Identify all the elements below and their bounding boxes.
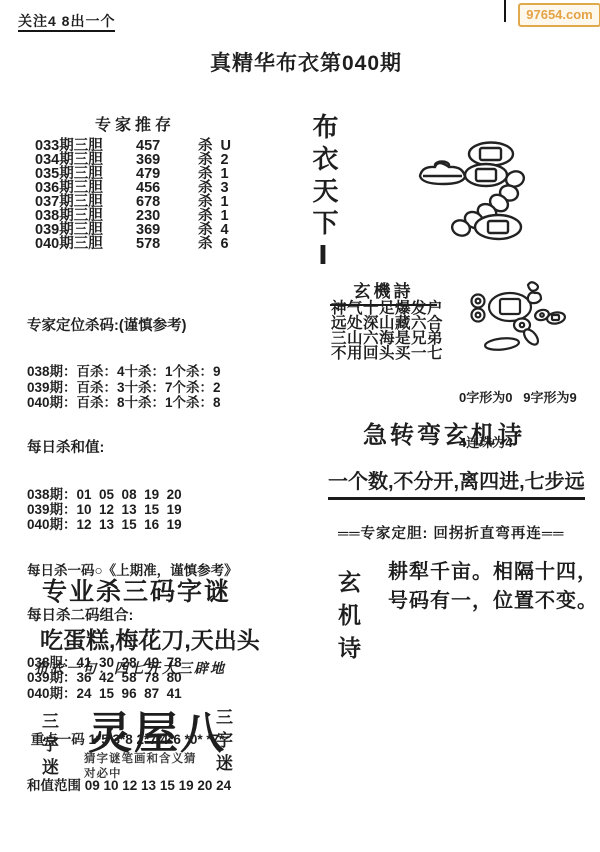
three-char-left: 三字迷	[36, 712, 61, 781]
riddle-line: 吃蛋糕,梅花刀,天出头	[40, 622, 260, 655]
xuanji-poem: 神气十足爆发户远处深山藏六合三山六海是兄弟不用回头买一七	[331, 301, 443, 361]
expert-row-number: 369	[136, 153, 198, 167]
expert-row: 040期三胆 578 杀 6	[35, 237, 233, 251]
expert-row-kill: 杀 4	[198, 223, 231, 237]
xuanji-poem-line: 神气十足爆发户	[331, 301, 443, 316]
xuanji-poem-line: 远处深山藏六合	[331, 316, 443, 331]
kill-code-title: 专家定位杀码:(谨慎参考)	[27, 319, 238, 334]
kill-code-row: 039期：百杀：3十杀：7个杀：2	[27, 380, 238, 395]
bottom-poem-line: 耕犁千亩。相隔十四，	[388, 558, 598, 587]
expert-row-number: 369	[136, 223, 198, 237]
shape-note-line1: 0字形为0 9字形为9	[459, 390, 577, 405]
coin-hole-icon	[540, 313, 544, 317]
turn-poem-title: 急转弯玄机诗	[363, 415, 525, 450]
expert-row-period: 037期三胆	[35, 195, 136, 209]
turn-poem-line: 一个数,不分开,离四进,七步远	[328, 465, 585, 500]
expert-row: 038期三胆 230 杀 1	[35, 209, 233, 223]
daily-sum-row: 039期：10 12 13 15 19	[27, 502, 238, 517]
small-ingot-icon	[528, 282, 538, 291]
expert-row-kill: 杀 3	[198, 181, 231, 195]
top-divider-line	[504, 0, 506, 22]
coin-hole-icon	[480, 148, 501, 160]
tip-sheet-page: 关注4 8出一个 97654.com 真精华布衣第040期 专家推存 033期三…	[0, 0, 600, 852]
expert-row-period: 039期三胆	[35, 223, 136, 237]
riddle-section-title: 专业杀三码字谜	[42, 572, 231, 608]
puzzle-caption: 猜字谜笔画和含义猜 对必中	[84, 752, 197, 782]
expert-row-number: 578	[136, 237, 198, 251]
buyi-tianxia-vertical: 布衣天下Ⅰ	[306, 113, 343, 277]
expert-dingdan-line: ══专家定胆: 回拐折直弯再连══	[338, 522, 564, 543]
xuanji-poem-line: 不用回头买一七	[331, 346, 443, 361]
site-link-text: 97654.com	[526, 7, 593, 22]
expert-row-kill: 杀 1	[198, 195, 231, 209]
daily-sum-rows: 038期：01 05 08 19 20039期：10 12 13 15 1904…	[27, 487, 238, 533]
daily-sum-row: 040期：12 13 15 16 19	[27, 517, 238, 532]
expert-row: 035期三胆 479 杀 1	[35, 167, 233, 181]
expert-row-period: 038期三胆	[35, 209, 136, 223]
coin-hole-icon	[476, 313, 481, 318]
bottom-poem-line: 号码有一，位置不变。	[388, 587, 598, 616]
three-char-right: 三字迷	[210, 708, 235, 777]
expert-row-period: 034期三胆	[35, 153, 136, 167]
coins-ingot-drawing	[405, 140, 533, 242]
coin-hole-icon	[476, 169, 496, 181]
expert-row-kill: 杀 6	[198, 237, 231, 251]
small-ingot-icon	[528, 293, 541, 304]
site-link[interactable]: 97654.com	[518, 3, 600, 27]
coin-hole-icon	[500, 299, 520, 314]
xuanji-vertical-label: 玄机诗	[332, 570, 365, 669]
expert-row: 033期三胆 457 杀 U	[35, 139, 233, 153]
coin-hole-icon	[488, 221, 508, 233]
oval-coin-icon	[521, 327, 540, 347]
expert-row: 039期三胆 369 杀 4	[35, 223, 233, 237]
buyi-sentence: 布衣一句：四七开大三辟地	[34, 658, 226, 678]
coins-cluster-drawing	[458, 279, 576, 353]
coin-hole-icon	[520, 323, 524, 327]
coin-hole-icon	[552, 315, 559, 320]
xuanji-poem-line: 三山六海是兄弟	[331, 331, 443, 346]
expert-row: 037期三胆 678 杀 1	[35, 195, 233, 209]
expert-row-kill: 杀 2	[198, 153, 231, 167]
daily-sum-title: 每日杀和值:	[27, 441, 238, 456]
expert-row-number: 479	[136, 167, 198, 181]
expert-list-title: 专家推存	[95, 112, 175, 135]
expert-row-number: 456	[136, 181, 198, 195]
expert-row-number: 457	[136, 139, 198, 153]
expert-row-kill: 杀 U	[198, 139, 233, 153]
expert-row-period: 040期三胆	[35, 237, 136, 251]
expert-row-period: 033期三胆	[35, 139, 136, 153]
follow-note: 关注4 8出一个	[18, 11, 115, 31]
kill-code-row: 038期：百杀：4十杀：1个杀：9	[27, 364, 238, 379]
expert-row-kill: 杀 1	[198, 209, 231, 223]
page-title: 真精华布衣第040期	[0, 47, 600, 77]
kill-code-row: 040期：百杀：8十杀：1个杀：8	[27, 395, 238, 410]
gold-ingot-icon	[420, 163, 465, 184]
oval-coin-icon	[485, 337, 520, 351]
expert-row: 036期三胆 456 杀 3	[35, 181, 233, 195]
puzzle-caption-line2: 对必中	[84, 767, 197, 782]
coin-hole-icon	[476, 299, 481, 304]
expert-row-number: 230	[136, 209, 198, 223]
expert-row-period: 035期三胆	[35, 167, 136, 181]
expert-row-period: 036期三胆	[35, 181, 136, 195]
expert-list: 033期三胆 457 杀 U 034期三胆 369 杀 2 035期三胆 479…	[35, 139, 233, 251]
expert-row: 034期三胆 369 杀 2	[35, 153, 233, 167]
expert-row-number: 678	[136, 195, 198, 209]
expert-row-kill: 杀 1	[198, 167, 231, 181]
daily-sum-row: 038期：01 05 08 19 20	[27, 487, 238, 502]
follow-note-text: 关注4 8出一个	[18, 13, 115, 32]
puzzle-caption-line1: 猜字谜笔画和含义猜	[84, 752, 197, 767]
kill-code-rows: 038期：百杀：4十杀：1个杀：9039期：百杀：3十杀：7个杀：2040期：百…	[27, 364, 238, 410]
bottom-poem: 耕犁千亩。相隔十四，号码有一，位置不变。	[388, 558, 598, 616]
